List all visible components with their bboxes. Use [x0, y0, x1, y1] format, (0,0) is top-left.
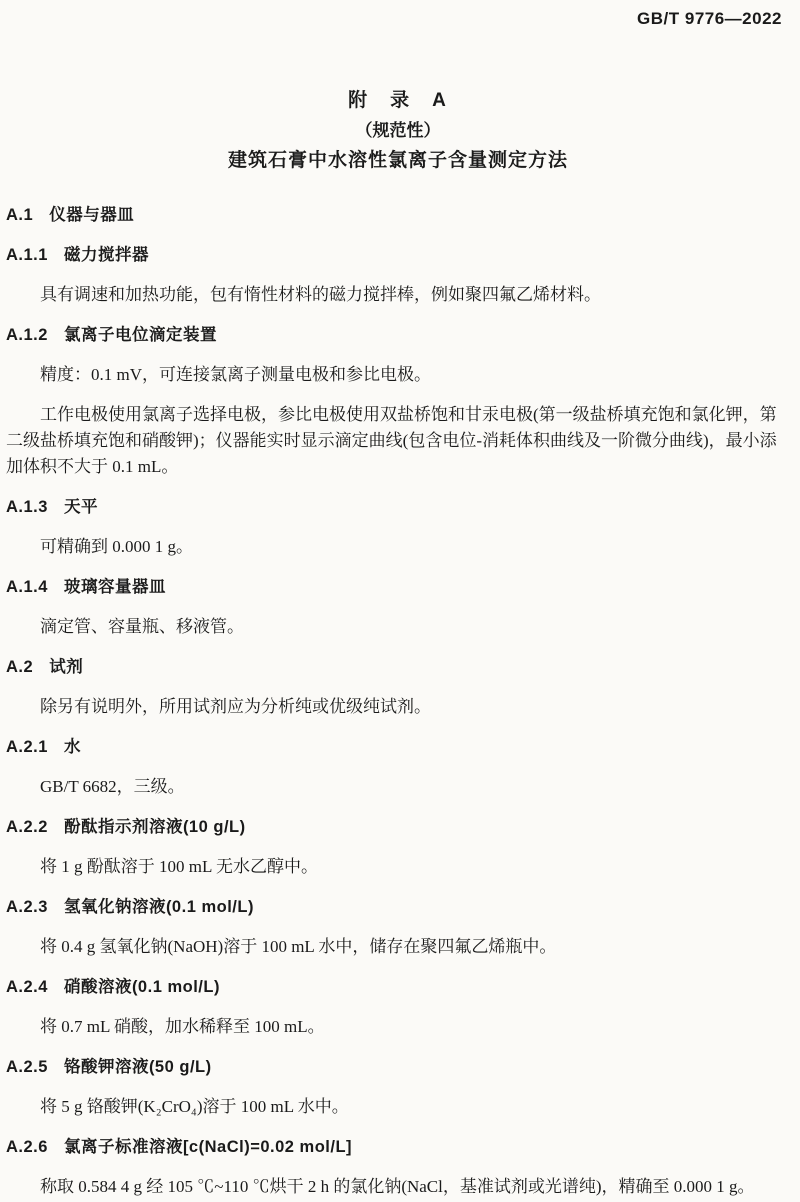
document-page: GB/T 9776—2022 附 录 A （规范性） 建筑石膏中水溶性氯离子含量… [0, 0, 800, 1202]
section-heading: A.2.3氢氧化钠溶液(0.1 mol/L) [6, 894, 790, 920]
section-title: 天平 [64, 498, 98, 516]
section-title: 试剂 [49, 658, 83, 676]
section-number: A.2.5 [6, 1058, 48, 1076]
paragraph: 称取 0.584 4 g 经 105 ℃~110 ℃烘干 2 h 的氯化钠(Na… [6, 1174, 790, 1200]
section-number: A.1.3 [6, 498, 48, 516]
paragraph: 具有调速和加热功能，包有惰性材料的磁力搅拌棒，例如聚四氟乙烯材料。 [6, 282, 790, 308]
section-heading: A.1仪器与器皿 [6, 202, 790, 228]
section-heading: A.2.5铬酸钾溶液(50 g/L) [6, 1054, 790, 1080]
section-number: A.2.6 [6, 1138, 48, 1156]
paragraph: 精度：0.1 mV，可连接氯离子测量电极和参比电极。 [6, 362, 790, 388]
section-title: 氯离子标准溶液[c(NaCl)=0.02 mol/L] [64, 1138, 352, 1156]
section-heading: A.2.2酚酞指示剂溶液(10 g/L) [6, 814, 790, 840]
section-number: A.1.1 [6, 246, 48, 264]
section-number: A.1.2 [6, 326, 48, 344]
section-title: 酚酞指示剂溶液(10 g/L) [64, 818, 246, 836]
section-heading: A.1.2氯离子电位滴定装置 [6, 322, 790, 348]
section-number: A.1.4 [6, 578, 48, 596]
section-heading: A.2.1水 [6, 734, 790, 760]
section-heading: A.1.4玻璃容量器皿 [6, 574, 790, 600]
paragraph: GB/T 6682，三级。 [6, 774, 790, 800]
paragraph: 将 0.4 g 氢氧化钠(NaOH)溶于 100 mL 水中，储存在聚四氟乙烯瓶… [6, 934, 790, 960]
appendix-heading: 附 录 A （规范性） 建筑石膏中水溶性氯离子含量测定方法 [6, 86, 790, 176]
section-heading: A.2.6氯离子标准溶液[c(NaCl)=0.02 mol/L] [6, 1134, 790, 1160]
appendix-label: 附 录 A [6, 86, 790, 116]
section-number: A.2.4 [6, 978, 48, 996]
section-number: A.2.2 [6, 818, 48, 836]
document-body: A.1仪器与器皿A.1.1磁力搅拌器具有调速和加热功能，包有惰性材料的磁力搅拌棒… [6, 202, 790, 1200]
section-title: 玻璃容量器皿 [64, 578, 166, 596]
section-title: 水 [64, 738, 81, 756]
section-title: 磁力搅拌器 [64, 246, 149, 264]
section-title: 仪器与器皿 [49, 206, 134, 224]
paragraph: 将 5 g 铬酸钾(K₂CrO₄)溶于 100 mL 水中。 [6, 1094, 790, 1120]
section-heading: A.2.4硝酸溶液(0.1 mol/L) [6, 974, 790, 1000]
section-title: 氢氧化钠溶液(0.1 mol/L) [64, 898, 254, 916]
section-heading: A.2试剂 [6, 654, 790, 680]
paragraph: 将 0.7 mL 硝酸，加水稀释至 100 mL。 [6, 1014, 790, 1040]
section-number: A.1 [6, 206, 33, 224]
paragraph: 滴定管、容量瓶、移液管。 [6, 614, 790, 640]
section-heading: A.1.1磁力搅拌器 [6, 242, 790, 268]
appendix-normative: （规范性） [6, 116, 790, 146]
section-number: A.2 [6, 658, 33, 676]
paragraph: 除另有说明外，所用试剂应为分析纯或优级纯试剂。 [6, 694, 790, 720]
section-title: 氯离子电位滴定装置 [64, 326, 217, 344]
paragraph: 工作电极使用氯离子选择电极，参比电极使用双盐桥饱和甘汞电极(第一级盐桥填充饱和氯… [6, 402, 790, 480]
paragraph: 可精确到 0.000 1 g。 [6, 534, 790, 560]
paragraph: 将 1 g 酚酞溶于 100 mL 无水乙醇中。 [6, 854, 790, 880]
section-number: A.2.1 [6, 738, 48, 756]
section-heading: A.1.3天平 [6, 494, 790, 520]
section-title: 硝酸溶液(0.1 mol/L) [64, 978, 220, 996]
appendix-title: 建筑石膏中水溶性氯离子含量测定方法 [6, 146, 790, 176]
section-number: A.2.3 [6, 898, 48, 916]
standard-code: GB/T 9776—2022 [6, 8, 790, 30]
section-title: 铬酸钾溶液(50 g/L) [64, 1058, 212, 1076]
